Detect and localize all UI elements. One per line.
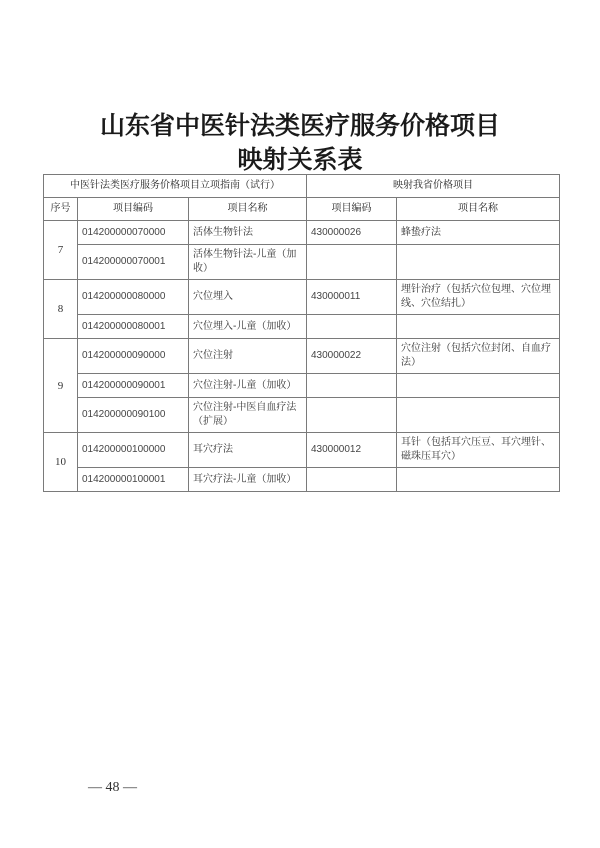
guide-code-cell: 014200000080001 (78, 315, 189, 339)
table-row: 8 014200000080000 穴位埋入 430000011 埋针治疗（包括… (44, 280, 560, 315)
prov-code-cell: 430000012 (307, 433, 397, 468)
prov-code-cell (307, 468, 397, 492)
group-header-provincial: 映射我省价格项目 (307, 175, 560, 198)
guide-code-cell: 014200000080000 (78, 280, 189, 315)
column-header-prov-name: 项目名称 (397, 198, 560, 221)
column-header-prov-code: 项目编码 (307, 198, 397, 221)
seq-cell: 9 (44, 339, 78, 433)
guide-name-cell: 耳穴疗法-儿童（加收） (189, 468, 307, 492)
guide-code-cell: 014200000090100 (78, 398, 189, 433)
prov-name-cell: 蜂蛰疗法 (397, 221, 560, 245)
prov-name-cell: 穴位注射（包括穴位封闭、自血疗法） (397, 339, 560, 374)
column-header-guide-name: 项目名称 (189, 198, 307, 221)
prov-name-cell (397, 398, 560, 433)
prov-name-cell (397, 315, 560, 339)
seq-cell: 8 (44, 280, 78, 339)
guide-code-cell: 014200000090000 (78, 339, 189, 374)
guide-name-cell: 活体生物针法 (189, 221, 307, 245)
mapping-table: 中医针法类医疗服务价格项目立项指南（试行） 映射我省价格项目 序号 项目编码 项… (43, 174, 560, 492)
table-row: 014200000090100 穴位注射-中医自血疗法（扩展） (44, 398, 560, 433)
prov-name-cell: 耳针（包括耳穴压豆、耳穴埋针、磁珠压耳穴） (397, 433, 560, 468)
guide-code-cell: 014200000100001 (78, 468, 189, 492)
page-number: — 48 — (88, 780, 137, 796)
table-row: 014200000100001 耳穴疗法-儿童（加收） (44, 468, 560, 492)
document-title: 山东省中医针法类医疗服务价格项目 (0, 106, 600, 142)
prov-code-cell (307, 315, 397, 339)
table-row: 9 014200000090000 穴位注射 430000022 穴位注射（包括… (44, 339, 560, 374)
guide-name-cell: 穴位注射 (189, 339, 307, 374)
prov-code-cell (307, 374, 397, 398)
guide-name-cell: 穴位注射-中医自血疗法（扩展） (189, 398, 307, 433)
guide-code-cell: 014200000100000 (78, 433, 189, 468)
guide-name-cell: 穴位注射-儿童（加收） (189, 374, 307, 398)
seq-cell: 7 (44, 221, 78, 280)
prov-code-cell (307, 398, 397, 433)
prov-name-cell: 埋针治疗（包括穴位包埋、穴位埋线、穴位结扎） (397, 280, 560, 315)
table-row: 014200000090001 穴位注射-儿童（加收） (44, 374, 560, 398)
column-header-guide-code: 项目编码 (78, 198, 189, 221)
guide-name-cell: 穴位埋入 (189, 280, 307, 315)
prov-code-cell: 430000022 (307, 339, 397, 374)
guide-code-cell: 014200000090001 (78, 374, 189, 398)
document-subtitle: 映射关系表 (0, 140, 600, 176)
guide-code-cell: 014200000070000 (78, 221, 189, 245)
table-row: 014200000070001 活体生物针法-儿童（加收） (44, 245, 560, 280)
prov-name-cell (397, 374, 560, 398)
prov-name-cell (397, 468, 560, 492)
table-row: 10 014200000100000 耳穴疗法 430000012 耳针（包括耳… (44, 433, 560, 468)
column-header-seq: 序号 (44, 198, 78, 221)
prov-code-cell: 430000026 (307, 221, 397, 245)
guide-code-cell: 014200000070001 (78, 245, 189, 280)
prov-code-cell: 430000011 (307, 280, 397, 315)
seq-cell: 10 (44, 433, 78, 492)
guide-name-cell: 活体生物针法-儿童（加收） (189, 245, 307, 280)
table-row: 014200000080001 穴位埋入-儿童（加收） (44, 315, 560, 339)
table-row: 7 014200000070000 活体生物针法 430000026 蜂蛰疗法 (44, 221, 560, 245)
prov-code-cell (307, 245, 397, 280)
prov-name-cell (397, 245, 560, 280)
guide-name-cell: 穴位埋入-儿童（加收） (189, 315, 307, 339)
group-header-guide: 中医针法类医疗服务价格项目立项指南（试行） (44, 175, 307, 198)
guide-name-cell: 耳穴疗法 (189, 433, 307, 468)
